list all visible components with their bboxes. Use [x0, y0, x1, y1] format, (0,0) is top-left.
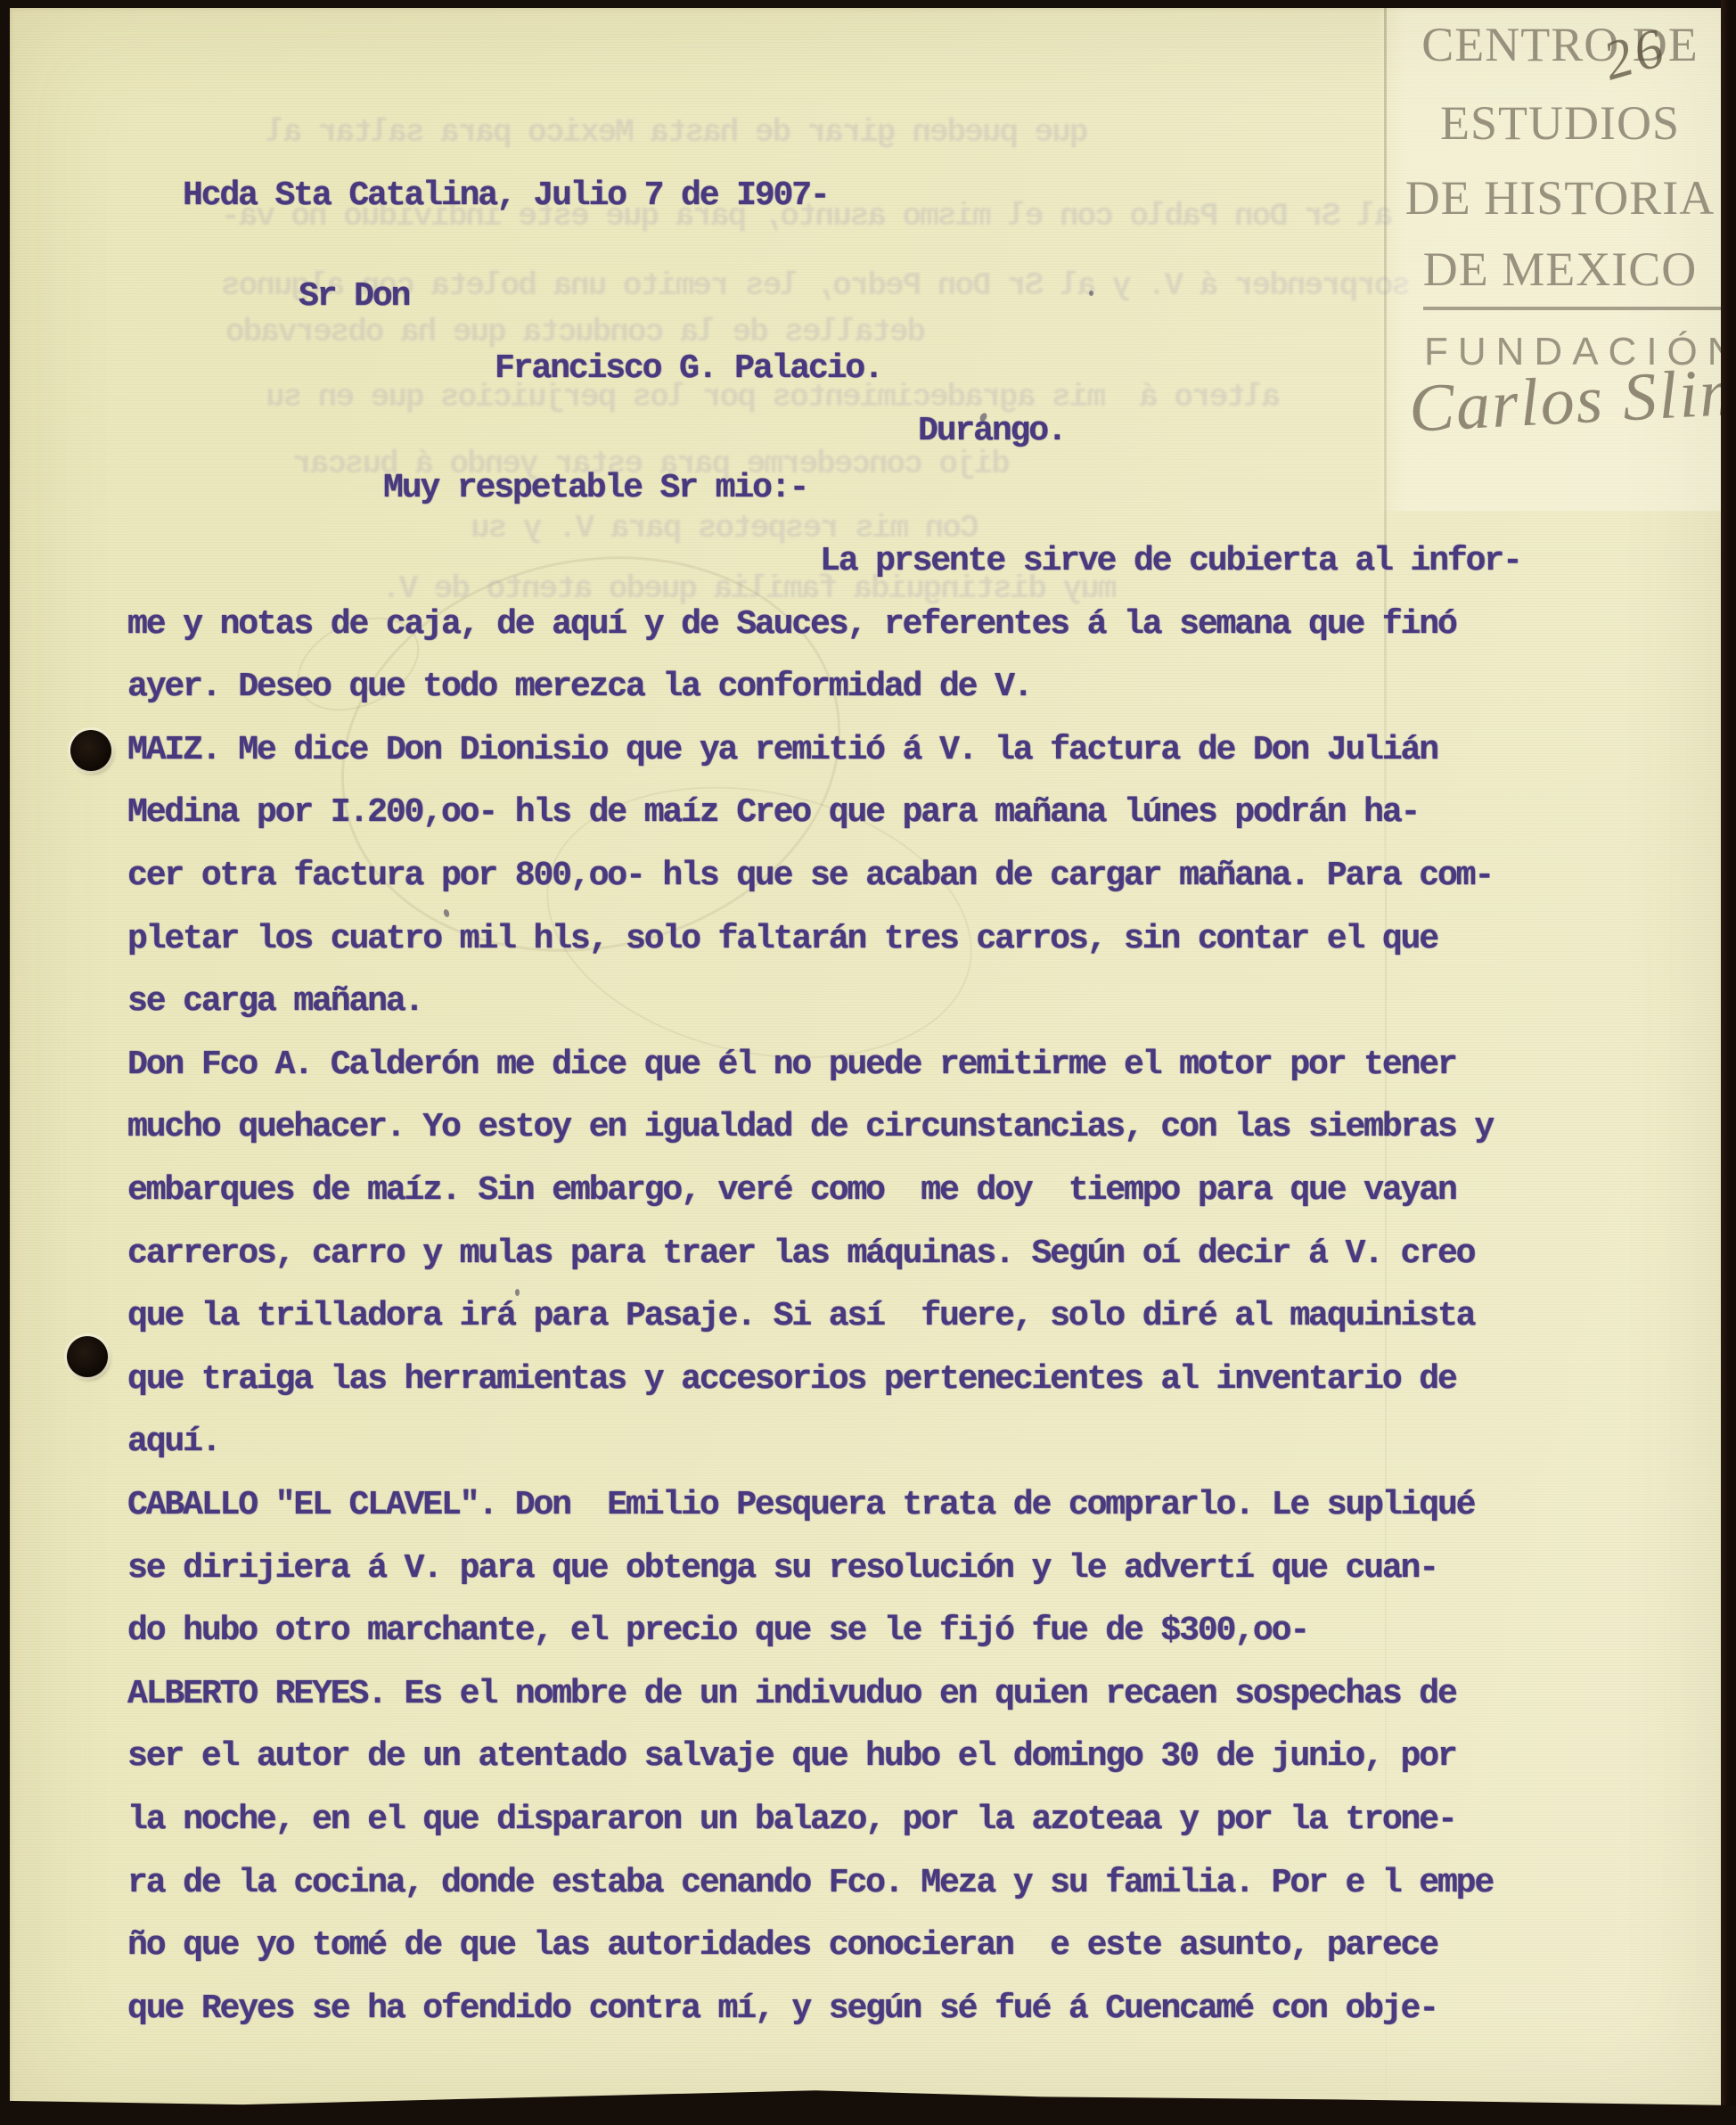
typewritten-line: MAIZ. Me dice Don Dionisio que ya remiti…	[127, 730, 1437, 771]
typewritten-line: que Reyes se ha ofendido contra mí, y se…	[127, 1989, 1437, 2030]
typewritten-line: que traiga las herramientas y accesorios…	[127, 1359, 1456, 1400]
dust-speck	[1089, 291, 1093, 296]
typewritten-line: ayer. Deseo que todo merezca la conformi…	[127, 667, 1031, 708]
typewritten-line: ALBERTO REYES. Es el nombre de un indivu…	[127, 1674, 1456, 1715]
archive-watermark: CENTRO DE ESTUDIOS DE HISTORIA DE MEXICO…	[1393, 7, 1727, 542]
recipient-salutation: Sr Don	[299, 276, 409, 317]
dust-speck	[515, 1289, 520, 1296]
watermark-text: CENTRO DE	[1393, 17, 1727, 72]
typewritten-line: La prsente sirve de cubierta al infor-	[820, 541, 1521, 582]
paper: que pueden girar de hasta Mexico para sa…	[9, 7, 1727, 2111]
typewritten-line: mucho quehacer. Yo estoy en igualdad de …	[127, 1107, 1493, 1148]
bleedthrough-line: que pueden girar de hasta Mexico para sa…	[267, 114, 1088, 151]
typewritten-line: ño que yo tomé de que las autoridades co…	[127, 1925, 1437, 1966]
watermark-rule	[1423, 307, 1727, 310]
watermark-text: ESTUDIOS	[1393, 95, 1727, 151]
dust-speck	[443, 908, 451, 918]
scan-edge-right	[1721, 0, 1736, 2125]
typewritten-line: ser el autor de un atentado salvaje que …	[127, 1736, 1456, 1777]
typewritten-line: que la trilladora irá para Pasaje. Si as…	[127, 1296, 1474, 1337]
typewritten-line: la noche, en el que dispararon un balazo…	[127, 1800, 1456, 1841]
typewritten-line: CABALLO "EL CLAVEL". Don Emilio Pesquera…	[127, 1485, 1474, 1526]
bleedthrough-line: detalles de la conducta que ha observado	[227, 314, 926, 350]
watermark-text: DE MEXICO	[1393, 242, 1727, 297]
punch-hole-top	[70, 730, 111, 771]
scanned-letter-page: que pueden girar de hasta Mexico para sa…	[0, 0, 1736, 2125]
recipient-name: Francisco G. Palacio.	[495, 349, 882, 390]
greeting-line: Muy respetable Sr mio:-	[383, 468, 807, 509]
typewritten-line: embarques de maíz. Sin embargo, veré com…	[127, 1170, 1456, 1211]
scan-edge-top	[0, 0, 1736, 8]
watermark-text: DE HISTORIA	[1393, 170, 1727, 226]
typewritten-line: cer otra factura por 800,oo- hls que se …	[127, 856, 1493, 897]
typewritten-line: pletar los cuatro mil hls, solo faltarán…	[127, 919, 1437, 960]
scan-edge-left	[0, 0, 10, 2125]
typewritten-line: ra de la cocina, donde estaba cenando Fc…	[127, 1863, 1493, 1904]
typewritten-line: se carga mañana.	[127, 981, 422, 1022]
typewritten-line: se dirijiera á V. para que obtenga su re…	[127, 1548, 1437, 1589]
typewritten-line: do hubo otro marchante, el precio que se…	[127, 1611, 1308, 1652]
punch-hole-bottom	[67, 1336, 108, 1377]
typewritten-line: me y notas de caja, de aquí y de Sauces,…	[127, 604, 1456, 645]
recipient-city: Durango.	[918, 411, 1066, 452]
typewritten-line: aquí.	[127, 1422, 220, 1463]
typewritten-line: Don Fco A. Calderón me dice que él no pu…	[127, 1045, 1456, 1086]
typewritten-line: Medina por I.200,oo- hls de maíz Creo qu…	[127, 792, 1419, 833]
typewritten-line: carreros, carro y mulas para traer las m…	[127, 1234, 1474, 1275]
date-line: Hcda Sta Catalina, Julio 7 de I907-	[183, 176, 829, 217]
